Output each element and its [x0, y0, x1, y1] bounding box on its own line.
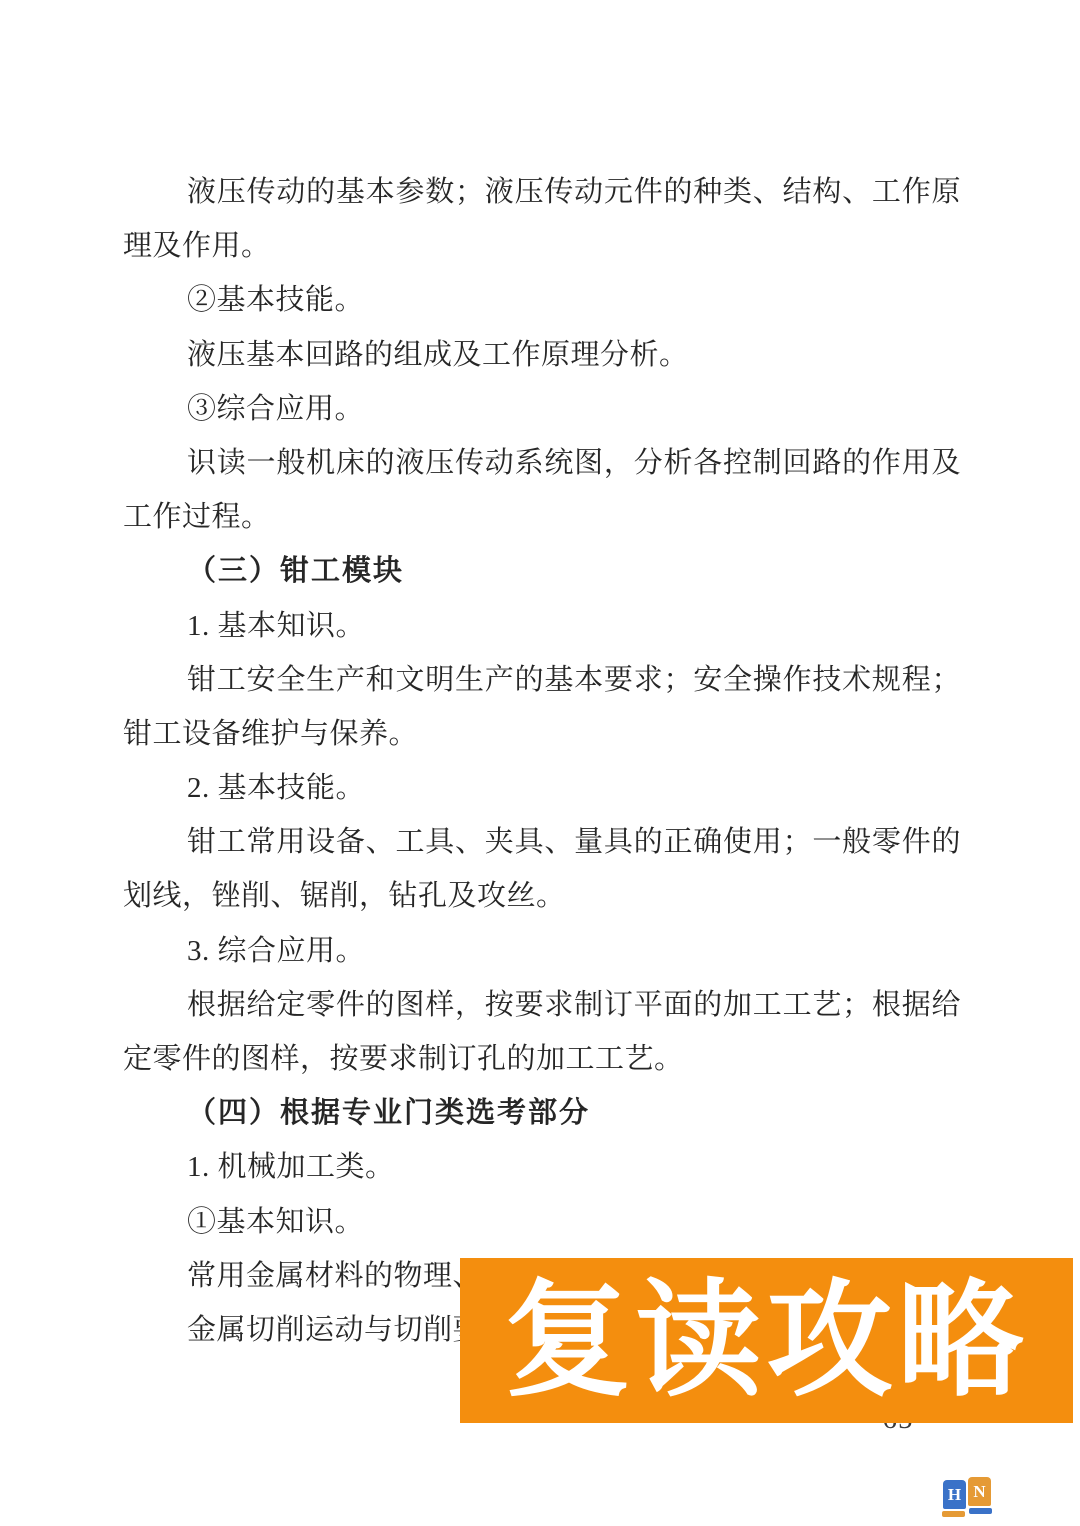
text-line: （四）根据专业门类选考部分 — [123, 1086, 961, 1140]
text-line: 1. 机械加工类。 — [123, 1140, 961, 1194]
text-line: 定零件的图样，按要求制订孔的加工工艺。 — [123, 1032, 961, 1086]
logo-bar-blue — [969, 1508, 992, 1514]
text-line: 钳工常用设备、工具、夹具、量具的正确使用；一般零件的 — [123, 815, 961, 869]
text-line: 根据给定零件的图样，按要求制订平面的加工工艺；根据给 — [123, 978, 961, 1032]
document-lines: 液压传动的基本参数；液压传动元件的种类、结构、工作原理及作用。②基本技能。液压基… — [123, 165, 961, 1357]
text-line: ③综合应用。 — [123, 382, 961, 436]
watermark-banner-text: 复读攻略 — [505, 1278, 1029, 1404]
text-line: 液压基本回路的组成及工作原理分析。 — [123, 328, 961, 382]
logo-book-h-icon: H — [943, 1480, 966, 1509]
text-line: 划线，锉削、锯削，钻孔及攻丝。 — [123, 869, 961, 923]
logo-book-n-icon: N — [968, 1477, 991, 1506]
document-page: 液压传动的基本参数；液压传动元件的种类、结构、工作原理及作用。②基本技能。液压基… — [0, 0, 1080, 1526]
hn-logo: H N — [942, 1476, 994, 1518]
watermark-banner: 复读攻略 — [460, 1258, 1073, 1423]
text-line: 理及作用。 — [123, 219, 961, 273]
text-line: 1. 基本知识。 — [123, 599, 961, 653]
text-line: ①基本知识。 — [123, 1195, 961, 1249]
logo-bar-gold — [942, 1511, 965, 1517]
text-line: 3. 综合应用。 — [123, 924, 961, 978]
text-line: 工作过程。 — [123, 490, 961, 544]
text-line: （三）钳工模块 — [123, 544, 961, 598]
text-line: 钳工安全生产和文明生产的基本要求；安全操作技术规程； — [123, 653, 961, 707]
text-line: 2. 基本技能。 — [123, 761, 961, 815]
text-line: 钳工设备维护与保养。 — [123, 707, 961, 761]
text-line: 液压传动的基本参数；液压传动元件的种类、结构、工作原 — [123, 165, 961, 219]
text-line: 识读一般机床的液压传动系统图，分析各控制回路的作用及 — [123, 436, 961, 490]
text-line: ②基本技能。 — [123, 273, 961, 327]
